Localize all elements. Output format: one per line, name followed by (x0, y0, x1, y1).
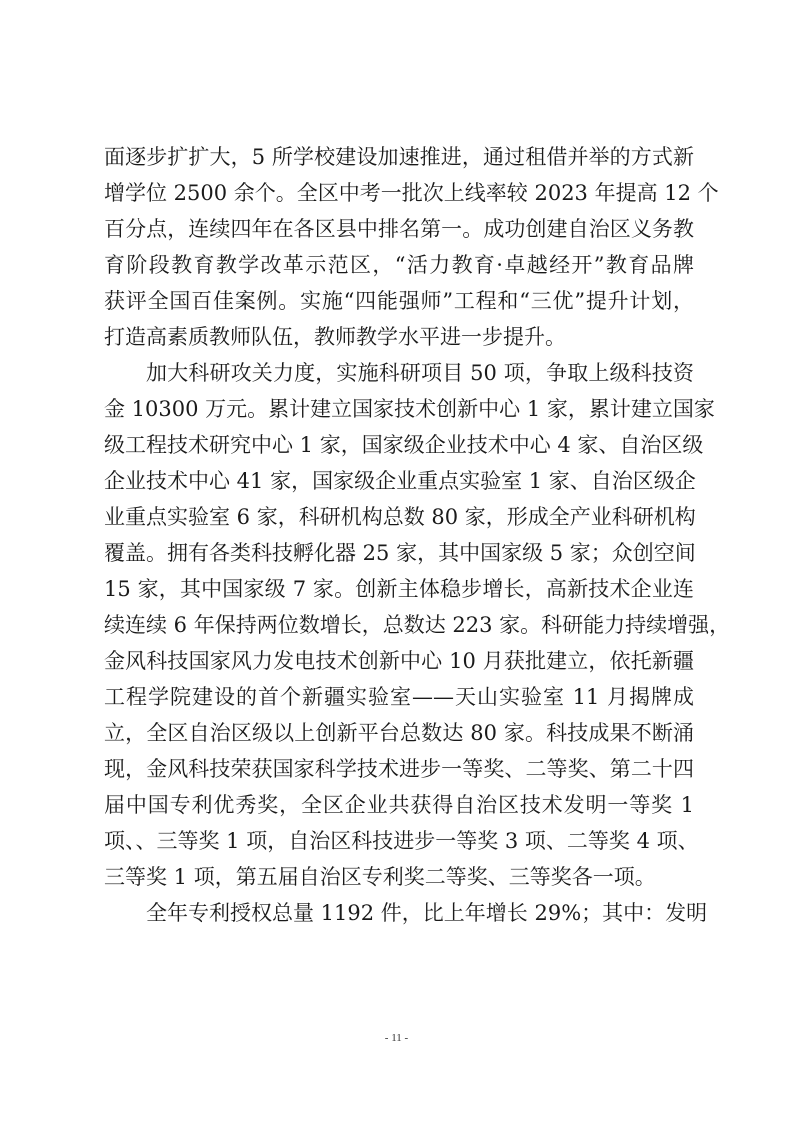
paragraph-education: 面逐步扩扩大，5 所学校建设加速推进，通过租借并举的方式新 增学位 2500 余… (104, 139, 694, 355)
text-line: 百分点，连续四年在各区县中排名第一。成功创建自治区义务教 (104, 211, 694, 247)
text-line: 育阶段教育教学改革示范区，“活力教育·卓越经开”教育品牌 (104, 247, 694, 283)
text-line: 届中国专利优秀奖，全区企业共获得自治区技术发明一等奖 1 (104, 787, 694, 823)
text-line: 立，全区自治区级以上创新平台总数达 80 家。科技成果不断涌 (104, 715, 694, 751)
page-number: - 11 - (0, 1032, 793, 1044)
document-body: 面逐步扩扩大，5 所学校建设加速推进，通过租借并举的方式新 增学位 2500 余… (104, 139, 694, 931)
text-line: 打造高素质教师队伍，教师教学水平进一步提升。 (104, 319, 694, 355)
text-line: 增学位 2500 余个。全区中考一批次上线率较 2023 年提高 12 个 (104, 175, 694, 211)
text-line: 企业技术中心 41 家，国家级企业重点实验室 1 家、自治区级企 (104, 463, 694, 499)
text-line: 现，金风科技荣获国家科学技术进步一等奖、二等奖、第二十四 (104, 751, 694, 787)
text-line: 全年专利授权总量 1192 件，比上年增长 29%；其中：发明 (104, 895, 694, 931)
text-line: 获评全国百佳案例。实施“四能强师”工程和“三优”提升计划， (104, 283, 694, 319)
text-line: 项、、三等奖 1 项，自治区科技进步一等奖 3 项、二等奖 4 项、 (104, 823, 694, 859)
paragraph-patents: 全年专利授权总量 1192 件，比上年增长 29%；其中：发明 (104, 895, 694, 931)
text-line: 金 10300 万元。累计建立国家技术创新中心 1 家，累计建立国家 (104, 391, 694, 427)
text-line: 续连续 6 年保持两位数增长，总数达 223 家。科研能力持续增强， (104, 607, 694, 643)
text-line: 15 家，其中国家级 7 家。创新主体稳步增长，高新技术企业连 (104, 571, 694, 607)
text-line: 面逐步扩扩大，5 所学校建设加速推进，通过租借并举的方式新 (104, 139, 694, 175)
paragraph-research: 加大科研攻关力度，实施科研项目 50 项，争取上级科技资 金 10300 万元。… (104, 355, 694, 895)
text-line: 加大科研攻关力度，实施科研项目 50 项，争取上级科技资 (104, 355, 694, 391)
text-line: 工程学院建设的首个新疆实验室——天山实验室 11 月揭牌成 (104, 679, 694, 715)
text-line: 金风科技国家风力发电技术创新中心 10 月获批建立，依托新疆 (104, 643, 694, 679)
text-line: 覆盖。拥有各类科技孵化器 25 家，其中国家级 5 家；众创空间 (104, 535, 694, 571)
text-line: 业重点实验室 6 家，科研机构总数 80 家，形成全产业科研机构 (104, 499, 694, 535)
text-line: 三等奖 1 项，第五届自治区专利奖二等奖、三等奖各一项。 (104, 859, 694, 895)
text-line: 级工程技术研究中心 1 家，国家级企业技术中心 4 家、自治区级 (104, 427, 694, 463)
